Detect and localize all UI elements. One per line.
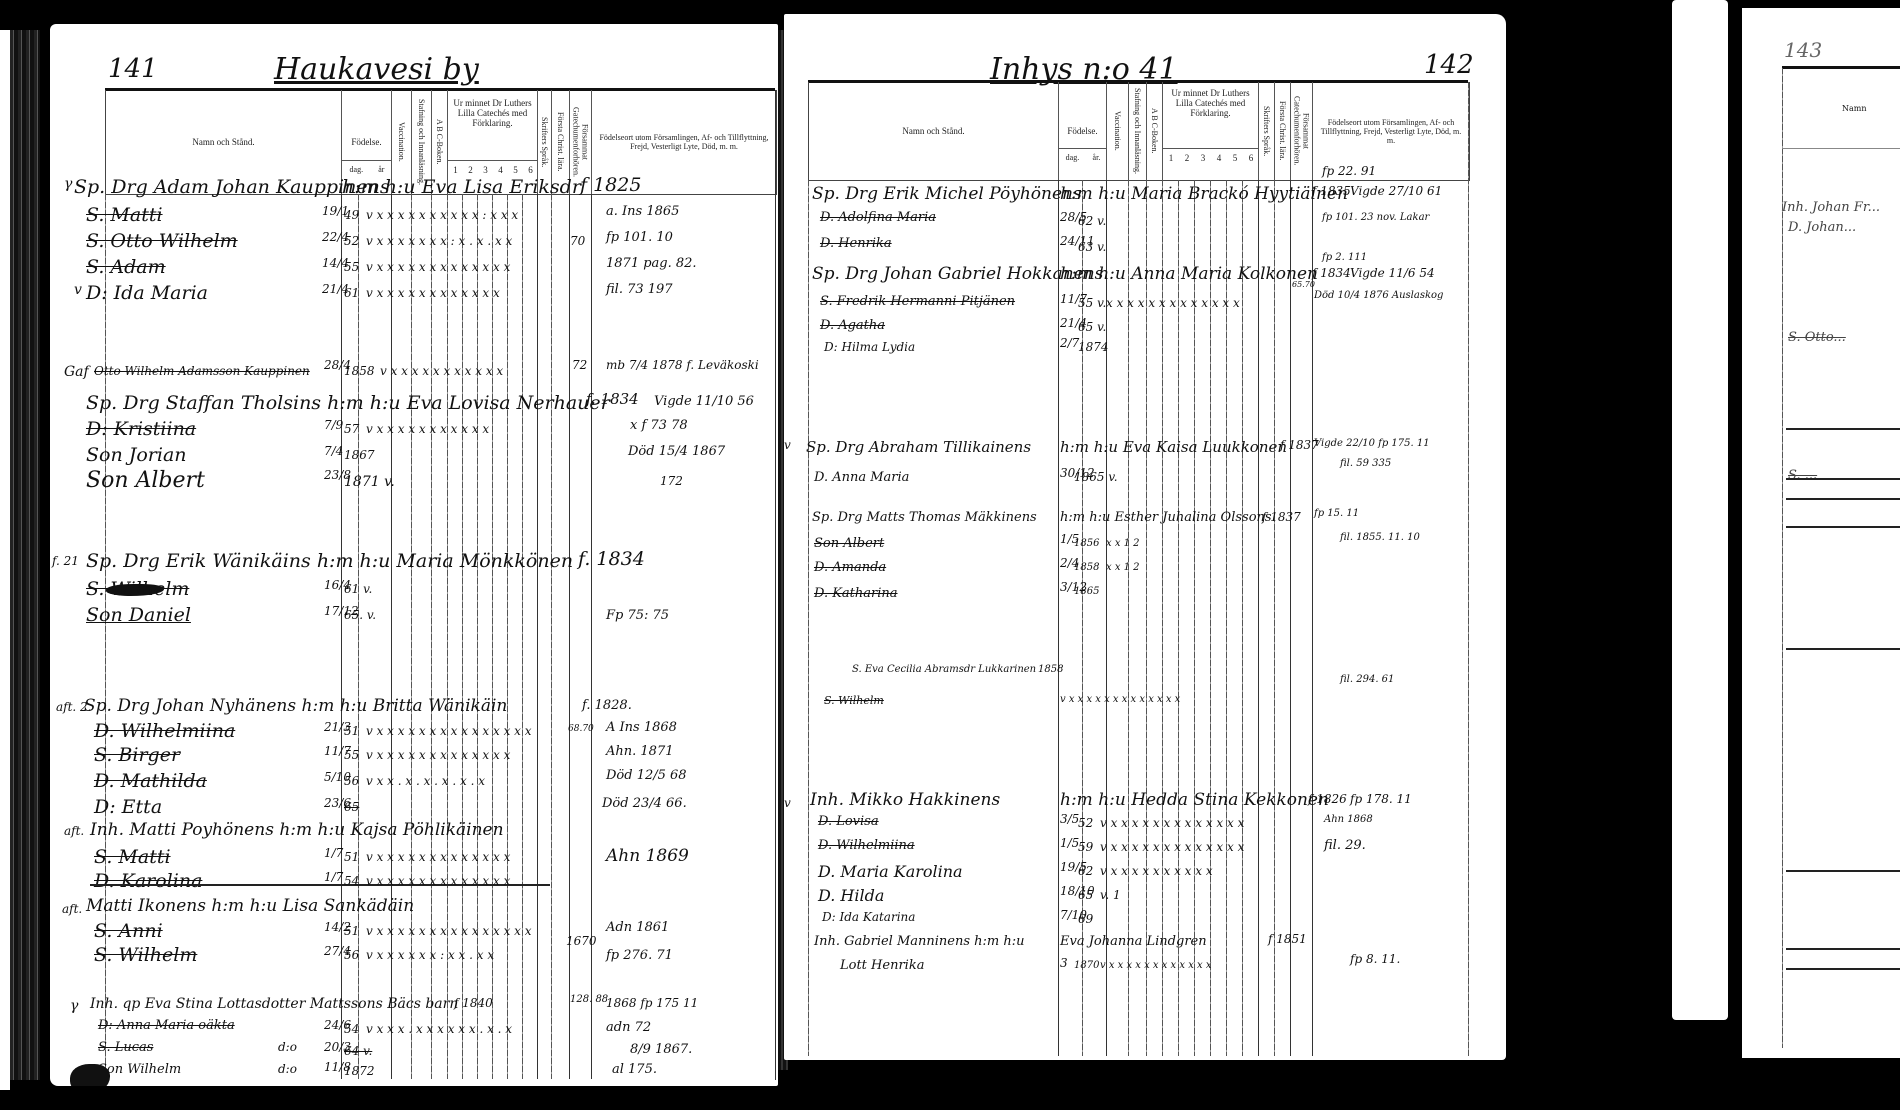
book-edge-left [0, 30, 10, 1090]
birth-year: 64 v. [344, 1044, 372, 1058]
header-day: dag. [350, 165, 364, 174]
household-head: Matti Ikonens h:m h:u Lisa Sankädäin [86, 896, 414, 916]
child-name: D: Anna Maria oäkta [98, 1018, 235, 1033]
birth-year: 1858 [1038, 664, 1063, 675]
birth-year: 55 [344, 748, 359, 762]
strike-line [1786, 968, 1900, 970]
household-head: Sp. Drg Matts Thomas Mäkkinens [812, 510, 1037, 525]
child-name: S. Otto... [1788, 330, 1846, 345]
exam-marks: v x x x x x x x x x x x [366, 422, 489, 436]
child-name: S. Matti [86, 204, 163, 226]
household-head: Inh. Mikko Hakkinens [810, 790, 1000, 810]
column-rule [1106, 180, 1107, 1056]
birth-year: 52 [1078, 816, 1093, 830]
child-name: S. Matti [94, 846, 171, 868]
child-name: D. Amanda [814, 560, 886, 575]
event-note: a. Ins 1865 [606, 204, 679, 219]
header-year: år. [1093, 153, 1101, 162]
margin-mark: γ [70, 998, 78, 1014]
event-note: Vigde 11/10 56 [654, 394, 754, 409]
binding-left [10, 30, 40, 1080]
birth-year: 63 v. [1078, 240, 1106, 254]
event-note: fil. 1855. 11. 10 [1340, 532, 1420, 543]
ink-blot [70, 1064, 110, 1086]
header-birth: Födelse. [1059, 82, 1107, 180]
column-rule [477, 194, 478, 1079]
extra-mark: 70 [570, 234, 585, 248]
event-note: mb 7/4 1878 f. Leväkoski [606, 358, 759, 372]
birth-year: f. 1834 [586, 390, 639, 408]
child-name: D. Katharina [814, 586, 898, 601]
child-name: S. ... [1788, 468, 1817, 483]
event-note: Ahn 1869 [606, 846, 689, 866]
event-note: fp 276. 71 [606, 948, 673, 963]
column-rule [492, 194, 493, 1079]
exam-marks: v x x x x x x x x x x x x x [366, 260, 510, 274]
extra-mark: 128. 88 [570, 994, 608, 1005]
right-page: Inhys n:o 41 142 Namn och Stånd. Födelse… [784, 14, 1506, 1060]
catechism-part-5: 5 [513, 165, 518, 175]
exam-marks: v x x x x x x x x x x x x x [366, 748, 510, 762]
exam-marks: v x x x x x x x x x x x [380, 364, 503, 378]
child-name: D. Anna Maria [814, 470, 909, 485]
birth-year: 54 [344, 1022, 359, 1036]
header-vaccination: Vaccination. [1113, 111, 1122, 151]
child-name: D: Kristiina [86, 418, 196, 440]
child-name: S. Adam [86, 256, 166, 278]
column-rule [1242, 180, 1243, 1056]
column-rule [551, 194, 552, 1079]
header-first-communion: Första Christ. lära. [1278, 101, 1287, 161]
strike-line [1786, 428, 1900, 430]
exam-marks: v. 1 [1100, 888, 1121, 902]
child-name: S. Birger [94, 744, 180, 766]
event-note: Död 15/4 1867 [628, 444, 725, 459]
birth-year: 69 [1078, 912, 1093, 926]
birth-year: 55 v. [1078, 296, 1106, 310]
column-rule [808, 180, 809, 1056]
column-rule [507, 194, 508, 1079]
header-writing: Skrifters Språk. [540, 117, 549, 167]
header-congregation: Försammat Catechumenforhören. [1293, 82, 1311, 180]
column-rule [1782, 68, 1783, 1048]
birth-year: 51 [344, 724, 359, 738]
event-note: fp 22. 91 [1322, 164, 1376, 178]
birth-date: 7/4 [324, 444, 343, 458]
household-head: Sp. Drg Erik Michel Pöyhönens [812, 184, 1082, 204]
column-rule [522, 194, 523, 1079]
child-name: D. Wilhelmiina [94, 720, 235, 742]
birth-date: 3 [1060, 956, 1068, 970]
birth-year: 65 v. [1078, 320, 1106, 334]
catechism-part-6: 6 [1249, 153, 1254, 163]
header-birth-sub: dag. år [342, 160, 392, 174]
exam-marks: v x x x x x x x x x x x x x [1060, 694, 1180, 705]
event-note: A Ins 1868 [606, 720, 677, 735]
household-head: Inh. Matti Poyhönens h:m h:u Kajsa Pöhli… [90, 820, 504, 840]
household-head: Inh. Gabriel Manninens h:m h:u [814, 934, 1025, 949]
event-note: Vigde 11/6 54 [1350, 266, 1435, 280]
far-right-page: 143 Namn Inh. Johan Fr... D. Johan... S.… [1742, 8, 1900, 1058]
child-name: S. Lucas [98, 1040, 153, 1055]
header-catechism: Ur minnet Dr Luthers Lilla Catechés med … [1163, 82, 1259, 180]
column-rule [1178, 180, 1179, 1056]
birth-year: 1858 [1074, 562, 1099, 573]
catechism-part-3: 3 [1201, 153, 1206, 163]
child-name: D. Karolina [94, 870, 202, 892]
exam-marks: v x x x x x x x x x x x x x [366, 850, 510, 864]
birth-year: 49 [344, 208, 359, 222]
birth-year: 1865 [1074, 586, 1099, 597]
birth-year: f. 1834 [578, 548, 645, 570]
header-birth-label: Födelse. [351, 137, 381, 147]
event-note: x f 73 78 [630, 418, 688, 433]
extra-mark: 65.70 [1292, 280, 1315, 289]
column-rule [1274, 180, 1275, 1056]
event-note: fp 178. 11 [1350, 792, 1412, 806]
child-name: D: Hilma Lydia [824, 340, 915, 354]
event-note: 172 [660, 474, 683, 488]
event-note: fp 101. 10 [606, 230, 673, 245]
header-name: Namn [1842, 104, 1867, 113]
event-note: fil. 59 335 [1340, 458, 1391, 469]
child-name: S. Wilhelm [824, 694, 884, 707]
birth-year: f 1837 [1262, 510, 1301, 524]
birth-year: f 1840 [454, 996, 493, 1010]
event-note: fp 15. 11 [1314, 508, 1359, 519]
child-name: D. Adolfina Maria [820, 210, 936, 225]
divider-line [1782, 148, 1900, 149]
exam-marks: v x x x x x x x : x . x . x x [366, 234, 512, 248]
event-note: fp 8. 11. [1350, 952, 1400, 966]
event-note: Död 10/4 1876 Auslaskog [1314, 290, 1443, 301]
birth-year: 65 [344, 800, 359, 814]
birth-date: 1/7 [324, 870, 343, 884]
column-rule [1226, 180, 1227, 1056]
birth-year: 1874 [1078, 340, 1109, 354]
exam-marks: v x x x x x x x x x x x x x x x [366, 724, 532, 738]
birth-year: 1870 [1074, 960, 1099, 971]
exam-marks: v x x x x x x x x x x x x x [1100, 816, 1244, 830]
event-note: adn 72 [606, 1020, 651, 1035]
header-name: Namn och Stånd. [809, 82, 1059, 180]
column-rule [1290, 180, 1291, 1056]
column-rule [1058, 180, 1059, 1056]
event-note: fp 101. 23 nov. Lakar [1322, 212, 1429, 223]
column-rule [391, 194, 392, 1079]
exam-marks: v x x x . x x x x x x . x . x [366, 1022, 512, 1036]
strike-line [1786, 870, 1900, 872]
birth-date: 1/5 [1060, 836, 1079, 850]
header-day: dag. [1066, 153, 1080, 162]
event-note: fil. 294. 61 [1340, 674, 1394, 685]
child-name: S. Anni [94, 920, 163, 942]
header-abc: A B C-Boken. [1150, 108, 1159, 154]
household-head: Inh. qp Eva Stina Lottasdotter Mattssons… [90, 996, 458, 1012]
household-head: Sp. Drg Johan Nyhänens h:m h:u Britta Wä… [84, 696, 507, 716]
spouse: Eva Johanna Lindgren [1060, 934, 1207, 949]
child-name: S. Otto Wilhelm [86, 230, 238, 252]
birth-year: 1858 [344, 364, 375, 378]
birth-date: 3/5 [1060, 812, 1079, 826]
page-number: 143 [1784, 38, 1822, 62]
event-note: Ahn. 1871 [606, 744, 673, 759]
child-name: D: Ida Maria [86, 282, 208, 304]
header-catechism-sub: 1 2 3 4 5 6 [448, 160, 538, 175]
spouse: h:m h:u Maria Brackó Hyytiäinen [1060, 184, 1348, 204]
catechism-part-4: 4 [498, 165, 503, 175]
birth-date: 7/9 [324, 418, 343, 432]
birth-year: 62 v. [1078, 214, 1106, 228]
child-name: Lott Henrika [840, 958, 924, 973]
household-head: Otto Wilhelm Adamsson Kauppinen [94, 364, 310, 378]
extra-mark: 68.70 [568, 724, 594, 734]
child-name: D. Agatha [820, 318, 885, 333]
birth-year: 57 [344, 422, 359, 436]
header-writing: Skrifters Språk. [1262, 106, 1271, 156]
household-head: Sp. Drg Abraham Tillikainens [806, 438, 1031, 456]
catechism-part-2: 2 [1185, 153, 1190, 163]
margin-mark: v [74, 282, 82, 298]
exam-marks: v x x x x x x x x x x : x x x [366, 208, 518, 222]
child-name: D. Henrika [820, 236, 892, 251]
event-note: 1868 fp 175 11 [606, 996, 698, 1010]
child-name: S. Fredrik Hermanni Pitjänen [820, 294, 1015, 309]
child-name: D: Etta [94, 796, 162, 818]
birth-date: 1/7 [324, 846, 343, 860]
birth-year: 52 [344, 234, 359, 248]
child-name: D. Mathilda [94, 770, 207, 792]
column-rule [1258, 180, 1259, 1056]
village-title: Haukavesi by [274, 52, 479, 87]
left-page: 141 Haukavesi by Namn och Stånd. Födelse… [50, 24, 778, 1086]
birth-year: 55 [344, 260, 359, 274]
child-name: Son Wilhelm [98, 1062, 181, 1077]
catechism-part-3: 3 [483, 165, 488, 175]
page-number: 141 [108, 54, 158, 84]
column-rule [431, 194, 432, 1079]
event-note: Vigde 22/10 fp 175. 11 [1314, 438, 1430, 449]
child-name: D. Johan... [1788, 220, 1856, 235]
exam-marks: v x x x x x x x x x x x x [1100, 960, 1211, 971]
header-catechism-sub: 1 2 3 4 5 6 [1163, 148, 1259, 163]
column-rule [775, 90, 776, 1080]
birth-year: 59 [1078, 840, 1093, 854]
column-rule [1468, 82, 1469, 1056]
strike-line [1786, 498, 1900, 500]
column-rule [462, 194, 463, 1079]
child-name: D. Maria Karolina [818, 862, 963, 881]
extra-mark: 72 [572, 358, 587, 372]
exam-marks: x x 1 2 [1106, 538, 1140, 549]
exam-marks: v x x . x . x . x . x . x [366, 774, 485, 788]
birth-year: 51 [344, 924, 359, 938]
strike-line [1786, 526, 1900, 528]
child-name: Son Daniel [86, 604, 191, 626]
birth-year: f 1851 [1268, 932, 1307, 946]
column-rule [411, 194, 412, 1079]
margin-mark: γ [64, 176, 72, 192]
child-name: D: Ida Katarina [822, 910, 915, 924]
column-rule [1128, 180, 1129, 1056]
header-reading: Stafning och Innanläsning. [1133, 88, 1142, 174]
exam-marks: x x 1 2 [1106, 562, 1140, 573]
header-first-communion: Första Christ. lära. [556, 112, 565, 172]
child-name: Son Albert [814, 536, 884, 551]
birth-year: f 1834 [1312, 266, 1351, 280]
margin-mark: v [784, 796, 791, 810]
event-note: Fp 75: 75 [606, 608, 669, 623]
margin-mark: aft. [62, 902, 82, 916]
birth-year: f. 1828. [582, 698, 632, 713]
household-head: Sp. Drg Erik Wänikäins h:m h:u Maria Mön… [86, 550, 573, 572]
child-name: Son Jorian [86, 444, 187, 466]
household-head: Inh. Johan Fr... [1782, 200, 1880, 215]
exam-marks: v x x x x x x : x x . x x [366, 948, 494, 962]
margin-mark: f. 21 [52, 554, 79, 568]
birth-year: f 1837 [1280, 438, 1319, 452]
margin-mark: Gaf [64, 364, 89, 380]
child-name: D. Hilda [818, 886, 884, 905]
catechism-part-6: 6 [528, 165, 533, 175]
child-sub: d:o [278, 1062, 297, 1076]
household-head: Sp. Drg Staffan Tholsins h:m h:u Eva Lov… [86, 392, 610, 414]
header-abc: A B C-Boken. [435, 119, 444, 165]
strike-line [1786, 948, 1900, 950]
event-note: al 175. [612, 1062, 657, 1077]
birth-year: 56 [344, 948, 359, 962]
column-rule [447, 194, 448, 1079]
catechism-part-5: 5 [1233, 153, 1238, 163]
birth-year: 62 [1078, 864, 1093, 878]
event-note: fil. 29. [1324, 838, 1366, 853]
birth-year: 1856 [1074, 538, 1099, 549]
birth-year: 51 [344, 850, 359, 864]
spouse: h:m h:u Esther Juhalina Olssons [1060, 510, 1272, 525]
birth-year: 65 [1078, 888, 1093, 902]
child-name: S. Wilhelm [94, 944, 197, 966]
birth-year: 56 [344, 774, 359, 788]
birth-year: 61 [344, 286, 359, 300]
birth-year: 54 [344, 874, 359, 888]
birth-year: 1865 v. [1074, 470, 1118, 484]
child-name: S. Wilhelm [86, 578, 189, 600]
catechism-part-2: 2 [468, 165, 473, 175]
header-rule [1782, 66, 1900, 69]
column-rule [1146, 180, 1147, 1056]
margin-mark: v [784, 438, 791, 452]
extra-mark: 1670 [566, 934, 597, 948]
exam-marks: v x x x x x x x x x x x x x x x [366, 924, 532, 938]
event-note: Adn 1861 [606, 920, 669, 935]
child-sub: d:o [278, 1040, 297, 1054]
catechism-part-4: 4 [1217, 153, 1222, 163]
event-note: 1871 pag. 82. [606, 256, 697, 271]
child-name: D. Lovisa [818, 814, 879, 829]
event-note: Ahn 1868 [1324, 814, 1373, 825]
exam-marks: x x x x x x x x x x x x x [1106, 296, 1240, 310]
column-rule [1210, 180, 1211, 1056]
child-name: Son Albert [86, 468, 205, 493]
header-birth-sub: dag. år. [1059, 148, 1107, 162]
child-name: D. Wilhelmiina [818, 838, 915, 853]
column-rule [358, 194, 359, 1079]
column-rule [1194, 180, 1195, 1056]
birth-year: 65. v. [344, 608, 376, 622]
event-note: Död 23/4 66. [602, 796, 687, 811]
header-year: år [378, 165, 384, 174]
event-note: fp 2. 111 [1322, 252, 1367, 263]
column-rule [1312, 180, 1313, 1056]
strike-line [1786, 648, 1900, 650]
column-rule [537, 194, 538, 1079]
exam-marks: v x x x x x x x x x x x x [366, 286, 500, 300]
birth-year: f 1826 [1308, 792, 1347, 806]
header-vaccination: Vaccination. [397, 122, 406, 162]
spouse: h:m h:u Eva Lisa Eriksdr [342, 176, 581, 198]
event-note: Vigde 27/10 61 [1350, 184, 1442, 198]
birth-year: f 1825 [580, 174, 641, 196]
household-head: S. Eva Cecilia Abramsdr Lukkarinen [852, 664, 1036, 675]
spouse: h:m h:u Hedda Stina Kekkonen [1060, 790, 1329, 810]
column-rule [1162, 180, 1163, 1056]
birth-year: 61 v. [344, 582, 372, 596]
strike-line [1786, 478, 1900, 480]
event-note: 8/9 1867. [630, 1042, 692, 1057]
header-birth-label: Födelse. [1067, 126, 1097, 136]
exam-marks: v x x x x x x x x x x [1100, 864, 1213, 878]
event-note: fil. 73 197 [606, 282, 673, 297]
exam-marks: v x x x x x x x x x x x x x [1100, 840, 1244, 854]
exam-marks: v x x x x x x x x x x x x x [366, 874, 510, 888]
birth-date: 2/7 [1060, 336, 1079, 350]
birth-year: 1871 v. [344, 474, 395, 490]
margin-mark: aft. [64, 824, 84, 838]
catechism-part-1: 1 [453, 165, 458, 175]
page-edge-strip [1672, 0, 1728, 1020]
header-reading: Stafning och Innanläsning. [417, 99, 426, 185]
birth-year: f 1835 [1312, 184, 1351, 198]
catechism-part-1: 1 [1169, 153, 1174, 163]
spouse: h:m h:u Eva Kaisa Luukkonen [1060, 438, 1287, 456]
page-number: 142 [1424, 50, 1474, 80]
event-note: Död 12/5 68 [606, 768, 687, 783]
birth-year: 1872 [344, 1064, 375, 1078]
birth-year: 1867 [344, 448, 375, 462]
spouse: h:m h:u Anna Maria Kolkonen [1060, 264, 1318, 284]
